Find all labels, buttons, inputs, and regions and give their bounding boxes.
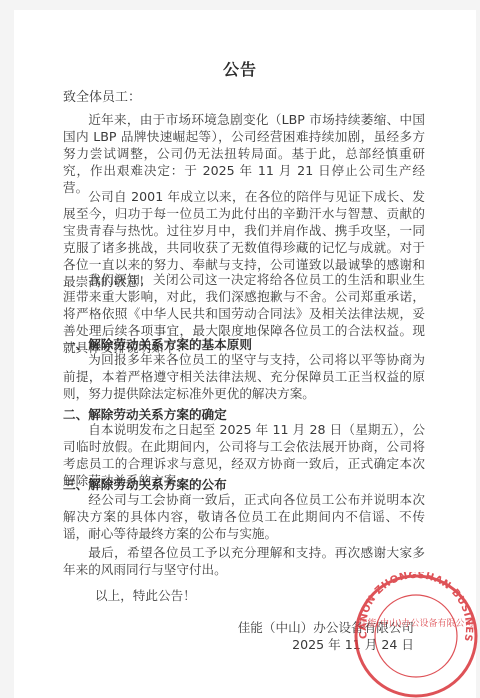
seal-inner-text: 佳能(中山)办公设备有限公司	[358, 617, 473, 629]
salutation: 致全体员工：	[63, 86, 141, 105]
document-title: 公告	[0, 57, 480, 80]
svg-text:CANON ZHONGSHAN BUSINESS MACHI: CANON ZHONGSHAN BUSINESS MACHINES CO.,LT…	[352, 572, 474, 642]
section-body-3: 经公司与工会协商一致后，正式向各位员工公布并说明本次解决方案的具体内容，敬请各位…	[63, 491, 425, 542]
paragraph-intro: 近年来，由于市场环境急剧变化（LBP 市场持续萎缩、中国国内 LBP 品牌快速崛…	[63, 111, 425, 196]
closing-line: 以上，特此公告！	[95, 585, 196, 604]
seal-outer-text: CANON ZHONGSHAN BUSINESS MACHINES CO.,LT…	[352, 572, 474, 642]
section-body-1: 为回报多年来各位员工的坚守与支持，公司将以平等协商为前提，本着严格遵守相关法律法…	[63, 351, 425, 402]
company-seal-icon: CANON ZHONGSHAN BUSINESS MACHINES CO.,LT…	[352, 572, 480, 698]
